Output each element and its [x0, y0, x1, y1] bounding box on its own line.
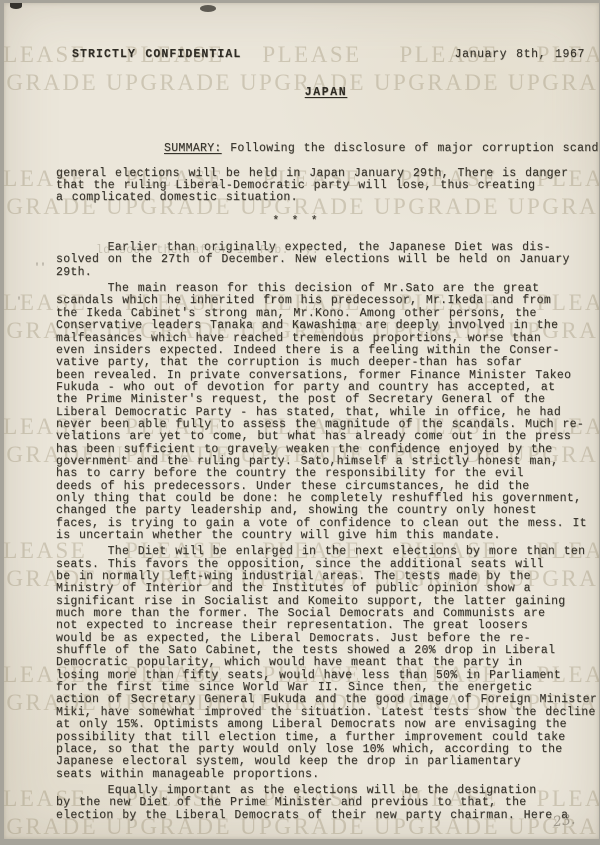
document-date: January 8th, 1967 [455, 49, 585, 61]
summary-first-line-text: Following the disclosure of major corrup… [222, 142, 599, 155]
scan-artifact [10, 3, 22, 9]
scan-artifact [200, 5, 216, 12]
paragraph: The main reason for this decision of Mr.… [56, 283, 599, 542]
classification-label: STRICTLY CONFIDENTIAL [72, 49, 241, 61]
page-title: JAPAN [56, 87, 596, 99]
handwritten-page-number: 23. [552, 812, 576, 831]
summary-label: SUMMARY: [164, 142, 222, 155]
pencil-mark: ' [16, 297, 22, 308]
summary-body: general elections will be held in Japan … [56, 168, 599, 205]
summary-paragraph: SUMMARY: Following the disclosure of maj… [56, 131, 599, 205]
ghost-text: ld soon thereafter in Feb. .y. [96, 244, 319, 257]
pencil-mark: '' [34, 263, 46, 274]
section-separator: * * * [56, 216, 536, 228]
scanned-page: PLEASEPLEASEPLEASEPLEASEPLEASEUPGRADEUPG… [0, 0, 600, 845]
document-page: PLEASEPLEASEPLEASEPLEASEPLEASEUPGRADEUPG… [4, 3, 599, 839]
body-paragraphs: Earlier than originally expected, the Ja… [56, 242, 599, 822]
document-content: STRICTLY CONFIDENTIAL January 8th, 1967 … [56, 49, 599, 822]
paragraph: Equally important as the elections will … [56, 785, 599, 822]
document-header: STRICTLY CONFIDENTIAL January 8th, 1967 [56, 49, 599, 61]
summary-first-line: SUMMARY: Following the disclosure of maj… [56, 131, 599, 168]
page-title-text: JAPAN [305, 86, 348, 99]
paragraph: The Diet will be enlarged in the next el… [56, 546, 599, 781]
